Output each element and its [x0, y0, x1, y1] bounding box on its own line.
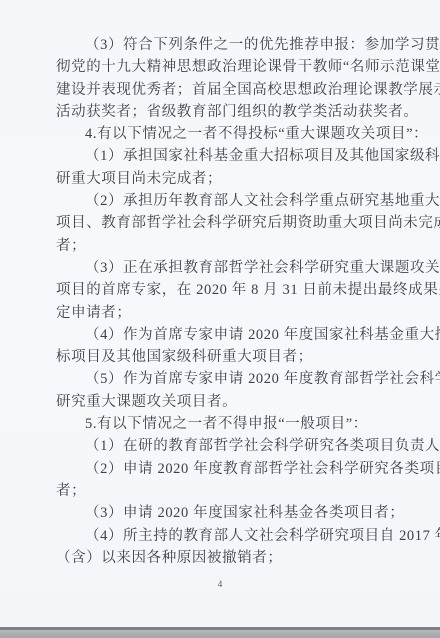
- text-line: 定申请者；: [56, 302, 390, 324]
- page-edge-shadow: [0, 630, 440, 638]
- text-line: （含）以来因各种原因被撤销者；: [56, 547, 390, 569]
- text-line: 彻党的十九大精神思想政治理论课骨干教师“名师示范课堂”: [56, 56, 390, 78]
- text-line: （4）所主持的教育部人文社会科学研究项目自 2017 年: [56, 525, 390, 547]
- text-line: 者；: [56, 235, 390, 257]
- text-line: 项目的首席专家，在 2020 年 8 月 31 日前未提出最终成果鉴: [56, 279, 390, 301]
- text-line: 者；: [56, 480, 390, 502]
- scan-background: （3）符合下列条件之一的优先推荐申报：参加学习贯彻党的十九大精神思想政治理论课骨…: [0, 0, 440, 638]
- text-line: （2）承担历年教育部人文社会科学重点研究基地重大: [56, 190, 390, 212]
- text-line: （4）作为首席专家申请 2020 年度国家社科基金重大招: [56, 324, 390, 346]
- text-line: 研重大项目尚未完成者；: [56, 168, 390, 190]
- text-line: 活动获奖者；省级教育部门组织的教学类活动获奖者。: [56, 101, 390, 123]
- text-line: 研究重大课题攻关项目者。: [56, 391, 390, 413]
- text-line: （5）作为首席专家申请 2020 年度教育部哲学社会科学: [56, 368, 390, 390]
- document-page: （3）符合下列条件之一的优先推荐申报：参加学习贯彻党的十九大精神思想政治理论课骨…: [0, 0, 440, 630]
- text-line: 5.有以下情况之一者不得申报“一般项目”：: [56, 413, 390, 435]
- text-line: （3）正在承担教育部哲学社会科学研究重大课题攻关: [56, 257, 390, 279]
- document-body-text: （3）符合下列条件之一的优先推荐申报：参加学习贯彻党的十九大精神思想政治理论课骨…: [56, 34, 390, 569]
- text-line: 4.有以下情况之一者不得投标“重大课题攻关项目”：: [56, 123, 390, 145]
- text-line: （3）申请 2020 年度国家社科基金各类项目者；: [56, 502, 390, 524]
- text-line: （1）在研的教育部哲学社会科学研究各类项目负责人；: [56, 435, 390, 457]
- text-line: 标项目及其他国家级科研重大项目者；: [56, 346, 390, 368]
- text-line: 建设并表现优秀者；首届全国高校思想政治理论课教学展示: [56, 79, 390, 101]
- text-line: （2）申请 2020 年度教育部哲学社会科学研究各类项目: [56, 458, 390, 480]
- text-line: （3）符合下列条件之一的优先推荐申报：参加学习贯: [56, 34, 390, 56]
- text-line: （1）承担国家社科基金重大招标项目及其他国家级科: [56, 145, 390, 167]
- page-number: 4: [0, 579, 440, 589]
- text-line: 项目、教育部哲学社会科学研究后期资助重大项目尚未完成: [56, 212, 390, 234]
